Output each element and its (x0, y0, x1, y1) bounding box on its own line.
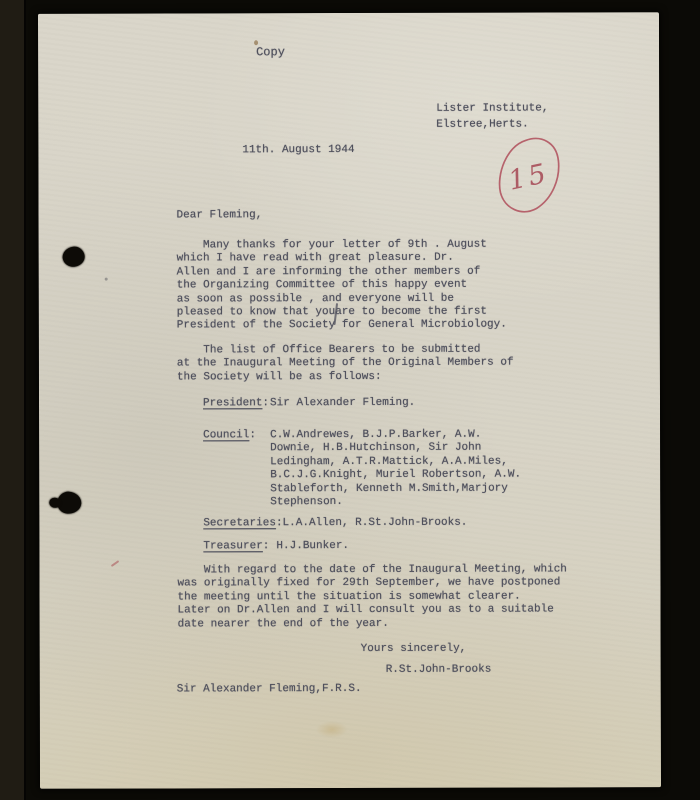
council-names: C.W.Andrewes, B.J.P.Barker, A.W. Downie,… (270, 429, 521, 510)
punch-hole-bottom-tail (49, 498, 60, 508)
closing-line: Yours sincerely, (361, 643, 467, 657)
secretaries-value: L.A.Allen, R.St.John-Brooks. (283, 517, 468, 529)
scanner-bed-strip (0, 0, 26, 800)
secretaries-row: Secretaries:L.A.Allen, R.St.John-Brooks. (203, 517, 467, 531)
paragraph-3: With regard to the date of the Inaugural… (177, 563, 567, 631)
recipient-line: Sir Alexander Fleming,F.R.S. (177, 683, 362, 697)
treasurer-value: H.J.Bunker. (276, 540, 349, 552)
salutation: Dear Fleming, (176, 209, 262, 223)
paragraph-2: The list of Office Bearers to be submitt… (177, 344, 514, 385)
copy-annotation: Copy (256, 46, 285, 59)
president-row: President:Sir Alexander Fleming. (203, 397, 415, 411)
secretaries-label: Secretaries (203, 517, 276, 529)
paragraph-1: Many thanks for your letter of 9th . Aug… (177, 239, 507, 334)
sender-address: Lister Institute, Elstree,Herts. (436, 101, 548, 132)
colon: : (262, 397, 269, 409)
ink-speck (254, 40, 258, 45)
circled-number: 15 (506, 158, 552, 197)
letter-date: 11th. August 1944 (242, 144, 354, 158)
council-row: Council: (203, 429, 256, 443)
colon: : (249, 429, 256, 441)
treasurer-label: Treasurer (203, 540, 262, 552)
president-label: President (203, 397, 262, 409)
council-label: Council (203, 429, 249, 441)
colon: : (263, 540, 270, 552)
paper-dot (105, 278, 108, 281)
paper-stain (316, 721, 348, 738)
signature-name: R.St.John-Brooks (386, 664, 492, 678)
red-pen-tick (111, 560, 119, 566)
letter-page: Copy Lister Institute, Elstree,Herts. 11… (38, 12, 661, 789)
president-value: Sir Alexander Fleming. (270, 397, 415, 409)
red-circled-number-annotation: 15 (491, 133, 565, 217)
punch-hole-top (61, 245, 86, 268)
scan-background: Copy Lister Institute, Elstree,Herts. 11… (0, 0, 700, 800)
treasurer-row: Treasurer:H.J.Bunker. (203, 540, 349, 554)
